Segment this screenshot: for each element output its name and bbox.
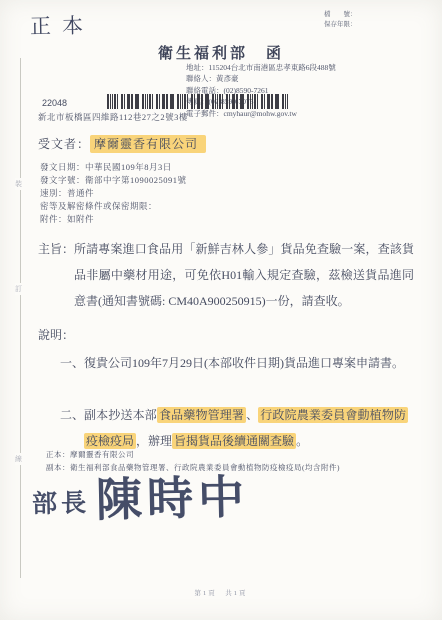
barcode-icon [107,94,289,109]
subject-label: 主旨： [38,236,74,262]
item-1-number: 一、 [60,350,84,376]
agency-email: 電子郵件：cmyhaur@mohw.gov.tw [186,108,336,119]
item-2-pre: 副本抄送本部 [84,408,157,422]
classification: 密等及解密條件或保密期限： [40,200,187,213]
item-2-highlight-fda: 食品藥物管理署 [157,407,246,423]
subject-text: 所請專案進口食品用「新鮮吉林人參」貨品免查驗一案，查該貨品非屬中藥材用途，可免依… [74,236,414,314]
document-page: 裝 訂 線 正本 檔 號：保存年限： 衛生福利部 函 地址：115204台北市南… [0,0,442,620]
binding-line: 裝 訂 線 [20,58,21,578]
issue-date: 發文日期：中華民國109年8月3日 [40,161,187,174]
mail-tracking-number: 22048 [42,98,67,108]
subject-paragraph: 主旨： 所請專案進口食品用「新鮮吉林人參」貨品免查驗一案，查該貨品非屬中藥材用途… [38,236,414,314]
retention-label: 保存年限： [324,21,357,28]
item-2-highlight-clearance: 旨揭貨品後續通關查驗 [172,433,296,449]
item-2-end: 。 [296,434,308,448]
original-recipient-line: 正本：摩爾靈香有限公司 [46,448,340,461]
item-2-number: 二、 [60,402,84,428]
explanation-label: 說明： [38,326,74,343]
document-meta-block: 發文日期：中華民國109年8月3日 發文字號：衛部中字第1090025091號 … [40,161,187,226]
explanation-item-1: 一、 復貴公司109年7月29日(本部收件日期)貨品進口專案申請書。 [60,350,408,376]
item-2-mid: ，辦理 [136,434,172,448]
recipient-name-highlighted: 摩爾靈香有限公司 [90,135,206,153]
binding-mark: 訂 [15,283,22,295]
priority: 速別：普通件 [40,187,187,200]
recipient-label: 受文者： [38,137,90,151]
explanation-item-2: 二、 副本抄送本部食品藥物管理署、行政院農業委員會動植物防疫檢疫局，辦理旨揭貨品… [60,402,408,454]
binding-mark: 線 [15,453,22,465]
item-2-text: 副本抄送本部食品藥物管理署、行政院農業委員會動植物防疫檢疫局，辦理旨揭貨品後續通… [84,402,408,454]
recipient-row: 受文者：摩爾靈香有限公司 [38,135,206,152]
item-2-separator: 、 [246,408,258,422]
file-number-label: 檔 號： [324,11,357,18]
signer-name: 陳時中 [95,472,249,527]
distribution-block: 正本：摩爾靈香有限公司 副本：衛生福利部食品藥物管理署、行政院農業委員會動植物防… [46,448,340,474]
minister-signature: 部長 陳時中 [31,472,249,529]
binding-mark: 裝 [15,178,22,190]
item-1-text: 復貴公司109年7月29日(本部收件日期)貨品進口專案申請書。 [84,350,408,376]
copy-type-stamp: 正本 [30,9,95,40]
agency-address: 地址：115204台北市南港區忠孝東路6段488號 [186,62,336,73]
file-number-block: 檔 號：保存年限： [324,10,357,30]
issue-number: 發文字號：衛部中字第1090025091號 [40,174,187,187]
agency-contact-person: 聯絡人：黃彥豪 [186,73,336,84]
document-title: 衛生福利部 函 [0,42,442,63]
page-number-footer: 第1頁 共1頁 [150,588,292,597]
attachment-note: 附件：如附件 [40,213,187,226]
signer-title: 部長 [32,483,91,520]
agency-contact-block: 地址：115204台北市南港區忠孝東路6段488號 聯絡人：黃彥豪 聯絡電話：(… [186,62,336,119]
recipient-street-address: 新北市板橋區四維路112巷27之2號3樓 [38,111,188,123]
